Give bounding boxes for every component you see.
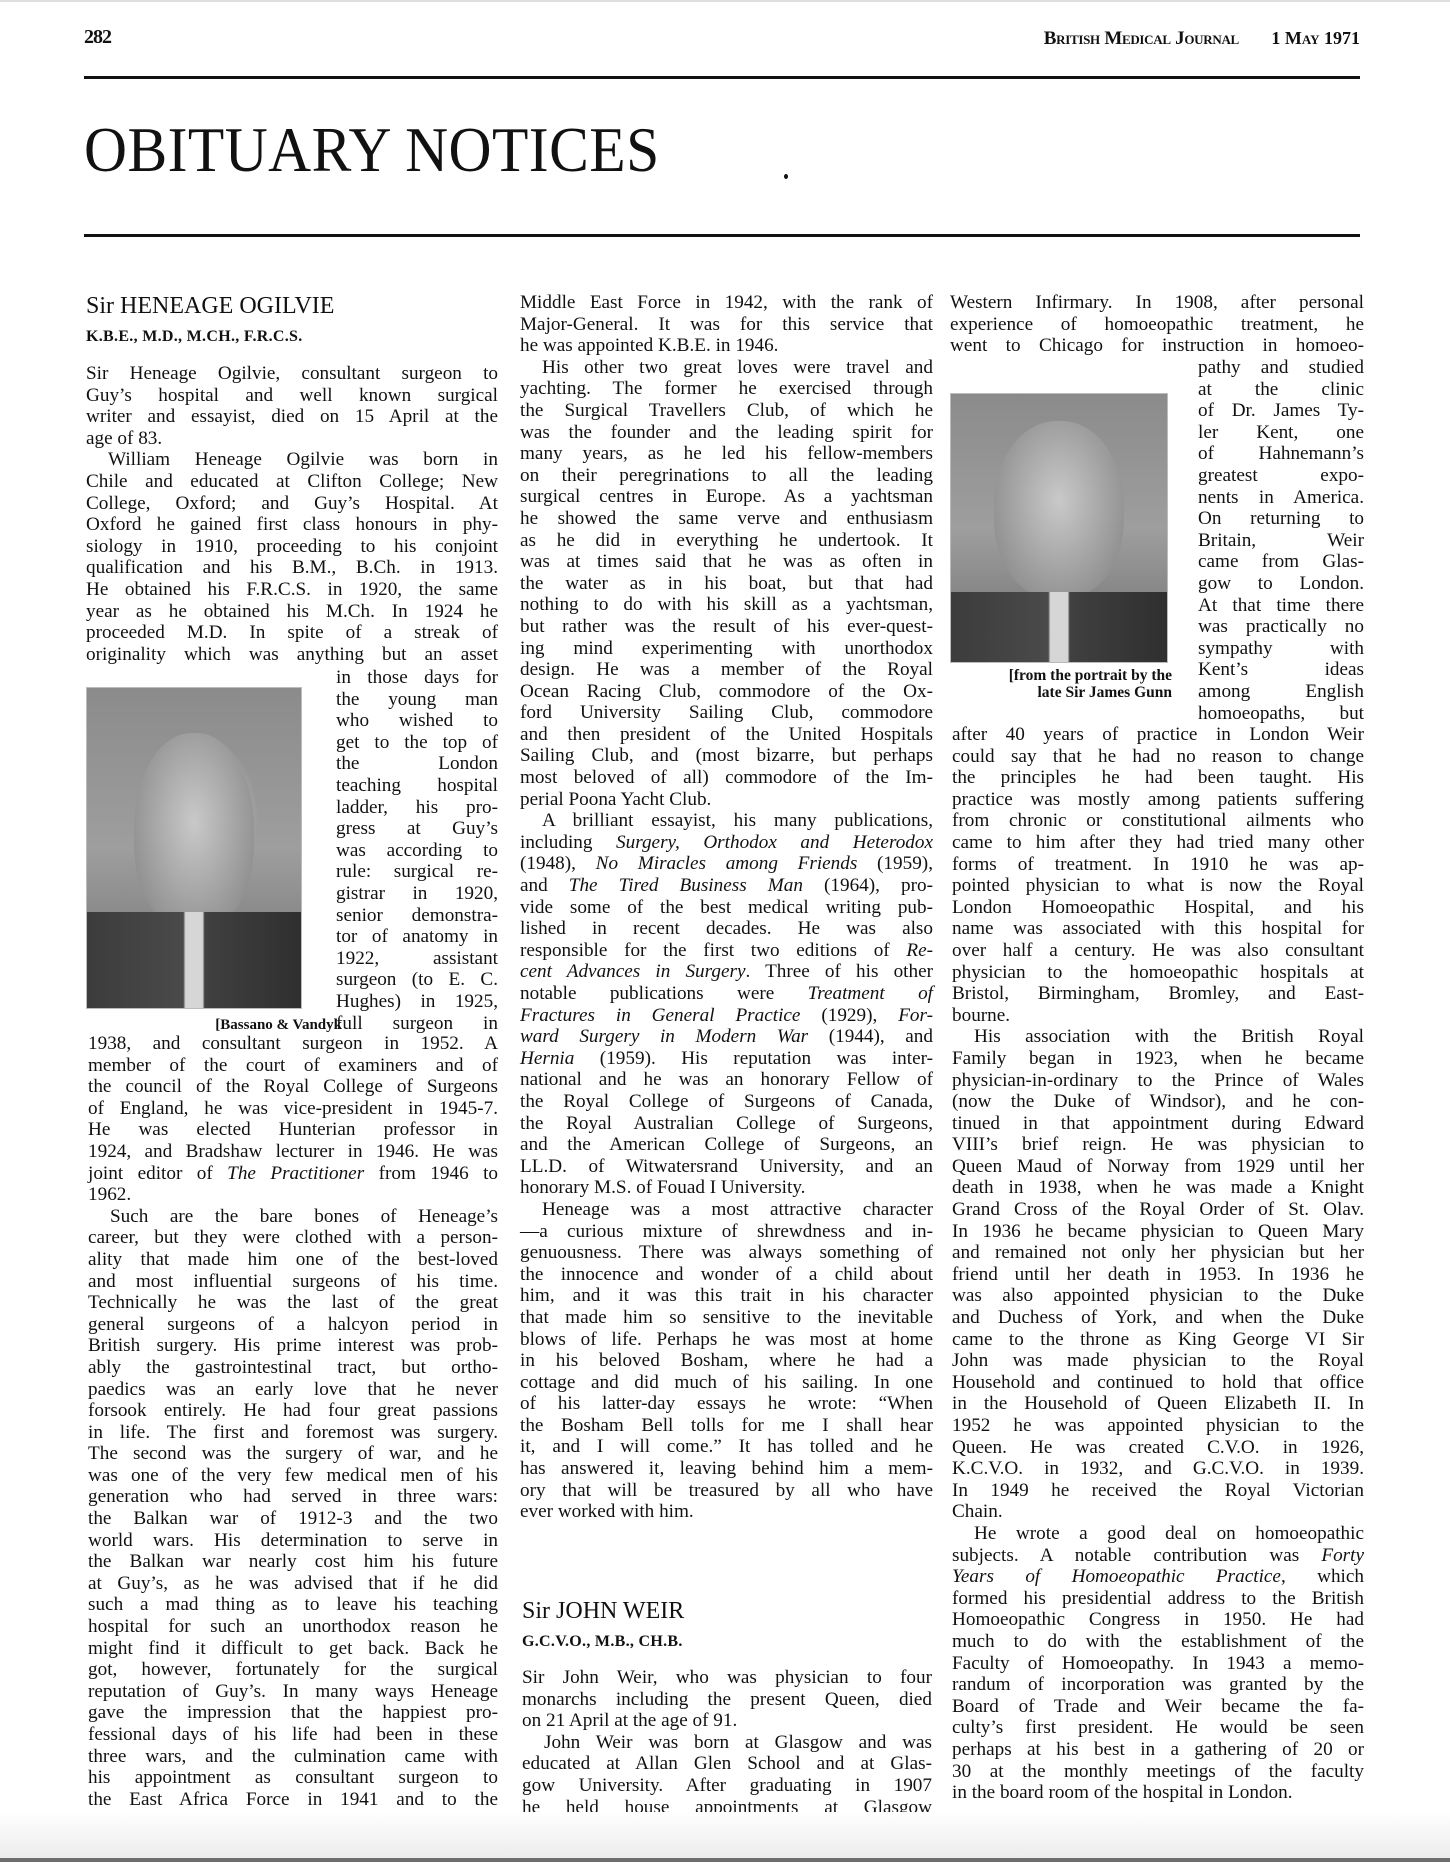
text-line: VIII’s brief reign. He was physician to [952, 1134, 1364, 1156]
text-line: of England, he was vice-president in 194… [88, 1098, 498, 1120]
column-1-wrap-text: in those days forthe young manwho wished… [336, 667, 498, 1034]
text-line: year as he obtained his M.Ch. In 1924 he [86, 601, 498, 623]
text-line: many years, as he led his fellow-members [520, 443, 933, 465]
text-line: his appointment as consultant surgeon to [88, 1767, 498, 1789]
text-line: was one of the very few medical men of h… [88, 1465, 498, 1487]
text-line: might find it difficult to get back. Bac… [88, 1638, 498, 1660]
text-line: gress at Guy’s [336, 818, 498, 840]
text-line: Bristol, Birmingham, Bromley, and East- [952, 983, 1364, 1005]
text-line: from chronic or constitutional ailments … [952, 810, 1364, 832]
text-line: bourne. [952, 1005, 1364, 1027]
text-line: greatest expo- [1198, 465, 1364, 487]
text-line: ward Surgery in Modern War (1944), and [520, 1026, 933, 1048]
text-line: it, and I will come.” It has tolled and … [520, 1436, 933, 1458]
text-line: ing mind experimenting with unorthodox [520, 638, 933, 660]
text-line: His other two great loves were travel an… [520, 357, 933, 379]
text-line: responsible for the first two editions o… [520, 940, 933, 962]
print-speck [784, 174, 788, 179]
text-line: Technically he was the last of the great [88, 1292, 498, 1314]
obituary-ogilvie-head: Sir HENEAGE OGILVIE K.B.E., M.D., M.CH.,… [86, 292, 498, 362]
obituary-name: Sir HENEAGE OGILVIE [86, 292, 498, 320]
text-line: including Surgery, Orthodox and Heterodo… [520, 832, 933, 854]
text-line: the London [336, 753, 498, 775]
text-line: of Hahnemann’s [1198, 443, 1364, 465]
text-line: culty’s first president. He would be see… [952, 1717, 1364, 1739]
text-line: Ocean Racing Club, commodore of the Ox- [520, 681, 933, 703]
name-surname: HENEAGE OGILVIE [120, 293, 334, 319]
text-line: ably the gastrointestinal tract, but ort… [88, 1357, 498, 1379]
text-line: got, however, fortunately for the surgic… [88, 1659, 498, 1681]
text-line: Chile and educated at Clifton College; N… [86, 471, 498, 493]
text-line: much to do with the establishment of the [952, 1631, 1364, 1653]
portrait-photo-ogilvie [86, 687, 302, 1009]
text-line: Homoeopathic Congress in 1950. He had [952, 1609, 1364, 1631]
issue-year: 1971 [1324, 28, 1360, 48]
column-3-text-bottom: after 40 years of practice in London Wei… [952, 724, 1364, 1804]
text-line: perhaps at his best in a gathering of 20… [952, 1739, 1364, 1761]
text-line: practice was mostly among patients suffe… [952, 789, 1364, 811]
text-line: nents in America. [1198, 487, 1364, 509]
text-line: Family began in 1923, when he became [952, 1048, 1364, 1070]
text-line: the innocence and wonder of a child abou… [520, 1264, 933, 1286]
text-line: Sailing Club, and (most bizarre, but per… [520, 745, 933, 767]
issue-date: 1 May 1971 [1271, 28, 1360, 48]
text-line: tinued in that appointment during Edward [952, 1113, 1364, 1135]
text-line: genuousness. There was always something … [520, 1242, 933, 1264]
text-line: ory that will be treasured by all who ha… [520, 1480, 933, 1502]
text-line: nothing to do with his skill as a yachts… [520, 594, 933, 616]
text-line: and Duchess of York, and when the Duke [952, 1307, 1364, 1329]
caption-line: [from the portrait by the [950, 667, 1172, 684]
photo-credit: [from the portrait by the late Sir James… [950, 667, 1172, 701]
text-line: was according to [336, 840, 498, 862]
journal-name: British Medical Journal [1044, 28, 1239, 49]
text-line: Sir John Weir, who was physician to four [522, 1667, 932, 1689]
text-line: Middle East Force in 1942, with the rank… [520, 292, 933, 314]
text-line: ality that made him one of the best-love… [88, 1249, 498, 1271]
text-line: forsook entirely. He had four great pass… [88, 1400, 498, 1422]
text-line: pointed physician to what is now the Roy… [952, 875, 1364, 897]
text-line: Heneage was a most attractive character [520, 1199, 933, 1221]
text-line: hospital for such an unorthodox reason h… [88, 1616, 498, 1638]
text-line: gow University. After graduating in 1907 [522, 1775, 932, 1797]
text-line: Hughes) in 1925, [336, 991, 498, 1013]
text-line: homoeopaths, but [1198, 703, 1364, 725]
text-line: LL.D. of Witwatersrand University, and a… [520, 1156, 933, 1178]
photo-figure [994, 421, 1124, 598]
text-line: Household and continued to hold that off… [952, 1372, 1364, 1394]
text-line: physician to the homoeopathic hospitals … [952, 962, 1364, 984]
text-line: who wished to [336, 710, 498, 732]
text-line: siology in 1910, proceeding to his conjo… [86, 536, 498, 558]
header-rule [84, 76, 1360, 79]
text-line: came to him after they had tried many ot… [952, 832, 1364, 854]
text-line: Western Infirmary. In 1908, after person… [950, 292, 1364, 314]
text-line: Hernia (1959). His reputation was inter- [520, 1048, 933, 1070]
text-line: and The Tired Business Man (1964), pro- [520, 875, 933, 897]
text-line: in life. The first and foremost was surg… [88, 1422, 498, 1444]
text-line: He obtained his F.R.C.S. in 1920, the sa… [86, 579, 498, 601]
text-line: and most influential surgeons of his tim… [88, 1271, 498, 1293]
text-line: the Balkan war nearly cost him his futur… [88, 1551, 498, 1573]
text-line: he showed the same verve and enthusiasm [520, 508, 933, 530]
text-line: the Bosham Bell tolls for me I shall hea… [520, 1415, 933, 1437]
scan-bottom-edge [0, 1858, 1450, 1862]
page-top-edge [0, 0, 1450, 2]
text-line: reputation of Guy’s. In many ways Heneag… [88, 1681, 498, 1703]
text-line: 1922, assistant [336, 948, 498, 970]
text-line: was also appointed physician to the Duke [952, 1285, 1364, 1307]
obituary-qualifications: G.C.V.O., M.B., CH.B. [522, 1631, 932, 1653]
text-line: cottage and did much of his sailing. In … [520, 1372, 933, 1394]
caption-line: late Sir James Gunn [950, 684, 1172, 701]
text-line: world wars. His determination to serve i… [88, 1530, 498, 1552]
column-1-text-bottom: 1938, and consultant surgeon in 1952. Am… [88, 1033, 498, 1810]
text-line: On returning to [1198, 508, 1364, 530]
column-2-text: Middle East Force in 1942, with the rank… [520, 292, 933, 1523]
text-line: vide some of the best medical writing pu… [520, 897, 933, 919]
text-line: Major-General. It was for this service t… [520, 314, 933, 336]
text-line: as he did in everything he undertook. It [520, 530, 933, 552]
text-line: 1938, and consultant surgeon in 1952. A [88, 1033, 498, 1055]
column-3-text-top: Western Infirmary. In 1908, after person… [950, 292, 1364, 357]
issue-day: 1 [1271, 28, 1280, 48]
text-line: Such are the bare bones of Heneage’s [88, 1206, 498, 1228]
text-line: the council of the Royal College of Surg… [88, 1076, 498, 1098]
text-line: perial Poona Yacht Club. [520, 789, 933, 811]
text-line: notable publications were Treatment of [520, 983, 933, 1005]
text-line: ler Kent, one [1198, 422, 1364, 444]
text-line: writer and essayist, died on 15 April at… [86, 406, 498, 428]
text-line: Chain. [952, 1501, 1364, 1523]
text-line: senior demonstra- [336, 905, 498, 927]
text-line: British surgery. His prime interest was … [88, 1335, 498, 1357]
text-line: generation who had served in three wars: [88, 1486, 498, 1508]
photo-credit: [Bassano & Vandyk [86, 1017, 342, 1034]
text-line: age of 83. [86, 428, 498, 450]
text-line: surgical centres in Europe. As a yachtsm… [520, 486, 933, 508]
name-prefix: Sir [522, 1598, 550, 1624]
text-line: At that time there [1198, 595, 1364, 617]
text-line: experience of homoeopathic treatment, he [950, 314, 1364, 336]
text-line: The second was the surgery of war, and h… [88, 1443, 498, 1465]
text-line: teaching hospital [336, 775, 498, 797]
text-line: Grand Cross of the Royal Order of St. Ol… [952, 1199, 1364, 1221]
text-line: was the founder and the leading spirit f… [520, 422, 933, 444]
text-line: In 1936 he became physician to Queen Mar… [952, 1221, 1364, 1243]
text-line: has answered it, leaving behind him a me… [520, 1458, 933, 1480]
text-line: He wrote a good deal on homoeopathic [952, 1523, 1364, 1545]
text-line: cent Advances in Surgery. Three of his o… [520, 961, 933, 983]
text-line: blows of life. Perhaps he was most at ho… [520, 1329, 933, 1351]
text-line: educated at Allan Glen School and at Gla… [522, 1753, 932, 1775]
text-line: forms of treatment. In 1910 he was ap- [952, 854, 1364, 876]
text-line: Faculty of Homoeopathy. In 1943 a memo- [952, 1653, 1364, 1675]
photo-suit [87, 912, 301, 1008]
text-line: 1924, and Bradshaw lecturer in 1946. He … [88, 1141, 498, 1163]
text-line: among English [1198, 681, 1364, 703]
photo-suit [951, 592, 1167, 662]
text-line: him, and it was this trait in his charac… [520, 1285, 933, 1307]
text-line: the East Africa Force in 1941 and to the [88, 1789, 498, 1811]
scan-bottom-fade [0, 1812, 1450, 1858]
section-title: OBITUARY NOTICES [84, 118, 660, 182]
text-line: death in 1938, when he was made a Knight [952, 1177, 1364, 1199]
text-line: 30 at the monthly meetings of the facult… [952, 1761, 1364, 1783]
text-line: paedics was an early love that he never [88, 1379, 498, 1401]
text-line: friend until her death in 1953. In 1936 … [952, 1264, 1364, 1286]
text-line: subjects. A notable contribution was For… [952, 1545, 1364, 1567]
text-line: the Surgical Travellers Club, of which h… [520, 400, 933, 422]
text-line: William Heneage Ogilvie was born in [86, 449, 498, 471]
text-line: gave the impression that the happiest pr… [88, 1702, 498, 1724]
text-line: over half a century. He was also consult… [952, 940, 1364, 962]
text-line: the Balkan war of 1912-3 and the two [88, 1508, 498, 1530]
text-line: on their peregrinations to all the leadi… [520, 465, 933, 487]
text-line: the young man [336, 689, 498, 711]
photo-figure [134, 733, 254, 931]
text-line: most beloved of all) commodore of the Im… [520, 767, 933, 789]
text-line: gow to London. [1198, 573, 1364, 595]
text-line: of Dr. James Ty- [1198, 400, 1364, 422]
text-line: and then president of the United Hospita… [520, 724, 933, 746]
text-line: pathy and studied [1198, 357, 1364, 379]
text-line: ladder, his pro- [336, 797, 498, 819]
text-line: joint editor of The Practitioner from 19… [88, 1163, 498, 1185]
text-line: fessional days of his life had been in t… [88, 1724, 498, 1746]
text-line: Board of Trade and Weir became the fa- [952, 1696, 1364, 1718]
text-line: was practically no [1198, 616, 1364, 638]
text-line: sympathy with [1198, 638, 1364, 660]
title-rule [84, 234, 1360, 237]
text-line: the Royal College of Surgeons of Canada, [520, 1091, 933, 1113]
text-line: Guy’s hospital and well known surgical [86, 385, 498, 407]
page-number: 282 [84, 26, 111, 49]
text-line: of his latter-day essays he wrote: “When [520, 1393, 933, 1415]
text-line: proceeded M.D. In spite of a streak of [86, 622, 498, 644]
text-line: the principles he had been taught. His [952, 767, 1364, 789]
column-2-weir-text: Sir John Weir, who was physician to four… [522, 1667, 932, 1818]
text-line: monarchs including the present Queen, di… [522, 1689, 932, 1711]
text-line: Oxford he gained first class honours in … [86, 514, 498, 536]
text-line: Queen. He was created C.V.O. in 1926, [952, 1437, 1364, 1459]
text-line: physician-in-ordinary to the Prince of W… [952, 1070, 1364, 1092]
text-line: Fractures in General Practice (1929), Fo… [520, 1005, 933, 1027]
text-line: in those days for [336, 667, 498, 689]
text-line: came from Glas- [1198, 551, 1364, 573]
obituary-name: Sir JOHN WEIR [522, 1597, 932, 1625]
text-line: could say that he had no reason to chang… [952, 746, 1364, 768]
issue-month: May [1285, 28, 1320, 48]
text-line: in his beloved Bosham, where he had a [520, 1350, 933, 1372]
text-line: and remained not only her physician but … [952, 1242, 1364, 1264]
column-3-wrap-text: pathy and studiedat the clinicof Dr. Jam… [1198, 357, 1364, 724]
text-line: ever worked with him. [520, 1501, 933, 1523]
text-line: honorary M.S. of Fouad I University. [520, 1177, 933, 1199]
text-line: Sir Heneage Ogilvie, consultant surgeon … [86, 363, 498, 385]
obituary-qualifications: K.B.E., M.D., M.CH., F.R.C.S. [86, 326, 498, 348]
text-line: general surgeons of a halcyon period in [88, 1314, 498, 1336]
text-line: he was appointed K.B.E. in 1946. [520, 335, 933, 357]
text-line: lished in recent decades. He was also [520, 918, 933, 940]
portrait-painting-weir [950, 393, 1168, 663]
text-line: rule: surgical re- [336, 861, 498, 883]
text-line: such a mad thing as to leave his teachin… [88, 1594, 498, 1616]
text-line: tor of anatomy in [336, 926, 498, 948]
text-line: —a curious mixture of shrewdness and in- [520, 1221, 933, 1243]
text-line: Queen Maud of Norway from 1929 until her [952, 1156, 1364, 1178]
text-line: gistrar in 1920, [336, 883, 498, 905]
text-line: on 21 April at the age of 91. [522, 1710, 932, 1732]
text-line: London Homoeopathic Hospital, and his [952, 897, 1364, 919]
text-line: career, but they were clothed with a per… [88, 1227, 498, 1249]
text-line: the Royal Australian College of Surgeons… [520, 1113, 933, 1135]
text-line: that made him so sensitive to the inevit… [520, 1307, 933, 1329]
text-line: in the Household of Queen Elizabeth II. … [952, 1393, 1364, 1415]
text-line: In 1949 he received the Royal Victorian [952, 1480, 1364, 1502]
text-line: after 40 years of practice in London Wei… [952, 724, 1364, 746]
text-line: Britain, Weir [1198, 530, 1364, 552]
text-line: 1952 he was appointed physician to the [952, 1415, 1364, 1437]
text-line: yachting. The former he exercised throug… [520, 378, 933, 400]
text-line: came to the throne as King George VI Sir [952, 1329, 1364, 1351]
text-line: surgeon (to E. C. [336, 969, 498, 991]
text-line: at Guy’s, as he was advised that if he d… [88, 1573, 498, 1595]
text-line: design. He was a member of the Royal [520, 659, 933, 681]
text-line: ford University Sailing Club, commodore [520, 702, 933, 724]
text-line: 1962. [88, 1184, 498, 1206]
running-head: British Medical Journal 1 May 1971 [1044, 28, 1360, 50]
text-line: John Weir was born at Glasgow and was [522, 1732, 932, 1754]
text-line: John was made physician to the Royal [952, 1350, 1364, 1372]
text-line: College, Oxford; and Guy’s Hospital. At [86, 493, 498, 515]
text-line: (now the Duke of Windsor), and he con- [952, 1091, 1364, 1113]
text-line: name was associated with this hospital f… [952, 918, 1364, 940]
text-line: His association with the British Royal [952, 1026, 1364, 1048]
text-line: qualification and his B.M., B.Ch. in 191… [86, 557, 498, 579]
obituary-weir-head: Sir JOHN WEIR G.C.V.O., M.B., CH.B. [522, 1597, 932, 1667]
text-line: randum of incorporation was granted by t… [952, 1674, 1364, 1696]
text-line: member of the court of examiners and of [88, 1055, 498, 1077]
text-line: get to the top of [336, 732, 498, 754]
text-line: at the clinic [1198, 379, 1364, 401]
column-1-text-top: Sir Heneage Ogilvie, consultant surgeon … [86, 363, 498, 665]
text-line: He was elected Hunterian professor in [88, 1119, 498, 1141]
text-line: was at times said that he was as often i… [520, 551, 933, 573]
text-line: the water as in his boat, but that had [520, 573, 933, 595]
text-line: A brilliant essayist, his many publicati… [520, 810, 933, 832]
text-line: three wars, and the culmination came wit… [88, 1746, 498, 1768]
text-line: K.C.V.O. in 1932, and G.C.V.O. in 1939. [952, 1458, 1364, 1480]
text-line: full surgeon in [336, 1013, 498, 1035]
text-line: and the American College of Surgeons, an [520, 1134, 933, 1156]
text-line: Years of Homoeopathic Practice, which [952, 1566, 1364, 1588]
text-line: Kent’s ideas [1198, 659, 1364, 681]
text-line: originality which was anything but an as… [86, 644, 498, 666]
name-surname: JOHN WEIR [556, 1598, 684, 1624]
text-line: but rather was the result of his ever-qu… [520, 616, 933, 638]
text-line: national and he was an honorary Fellow o… [520, 1069, 933, 1091]
text-line: went to Chicago for instruction in homoe… [950, 335, 1364, 357]
name-prefix: Sir [86, 293, 114, 319]
text-line: (1948), No Miracles among Friends (1959)… [520, 853, 933, 875]
text-line: formed his presidential address to the B… [952, 1588, 1364, 1610]
text-line: in the board room of the hospital in Lon… [952, 1782, 1364, 1804]
